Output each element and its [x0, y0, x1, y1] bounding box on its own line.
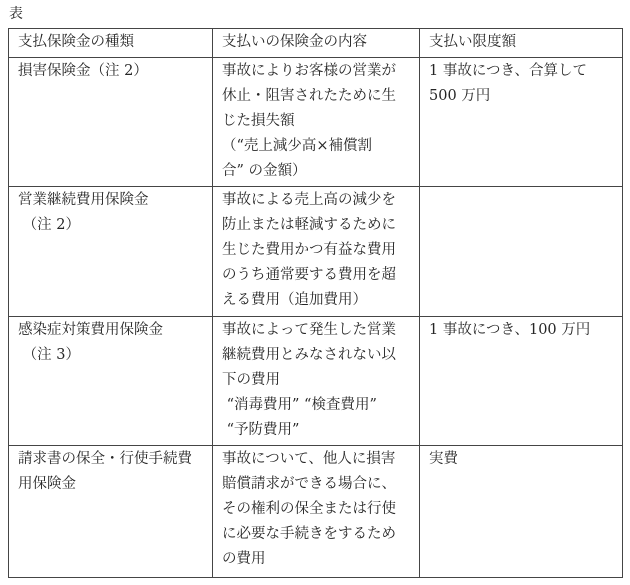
cell-limit: 1 事故につき、合算して 500 万円 — [420, 58, 623, 187]
cell-kind: 請求書の保全・行使手続費 用保険金 — [9, 446, 213, 578]
table-row: 請求書の保全・行使手続費 用保険金 事故について、他人に損害 賠償請求ができる場… — [9, 446, 623, 578]
table-row: 損害保険金（注 2） 事故によりお客様の営業が 休止・阻害されたために生 じた損… — [9, 58, 623, 187]
cell-content: 事故によりお客様の営業が 休止・阻害されたために生 じた損失額 （“売上減少高×… — [213, 58, 420, 187]
cell-limit: 実費 — [420, 446, 623, 578]
cell-limit: 1 事故につき、100 万円 — [420, 317, 623, 446]
cell-content: 事故によって発生した営業 継続費用とみなされない以 下の費用 “消毒費用” “検… — [213, 317, 420, 446]
header-payment-content: 支払いの保険金の内容 — [213, 29, 420, 58]
insurance-payment-table: 支払保険金の種類 支払いの保険金の内容 支払い限度額 損害保険金（注 2） 事故… — [8, 28, 623, 578]
cell-kind: 損害保険金（注 2） — [9, 58, 213, 187]
cell-limit — [420, 187, 623, 317]
header-payment-limit: 支払い限度額 — [420, 29, 623, 58]
header-payment-kind: 支払保険金の種類 — [9, 29, 213, 58]
header-row: 支払保険金の種類 支払いの保険金の内容 支払い限度額 — [9, 29, 623, 58]
table-caption: 表 — [9, 5, 630, 23]
cell-content: 事故について、他人に損害 賠償請求ができる場合に、 その権利の保全または行使 に… — [213, 446, 420, 578]
table-row: 営業継続費用保険金 （注 2） 事故による売上高の減少を 防止または軽減するため… — [9, 187, 623, 317]
cell-kind: 営業継続費用保険金 （注 2） — [9, 187, 213, 317]
cell-content: 事故による売上高の減少を 防止または軽減するために 生じた費用かつ有益な費用 の… — [213, 187, 420, 317]
cell-kind: 感染症対策費用保険金 （注 3） — [9, 317, 213, 446]
table-row: 感染症対策費用保険金 （注 3） 事故によって発生した営業 継続費用とみなされな… — [9, 317, 623, 446]
